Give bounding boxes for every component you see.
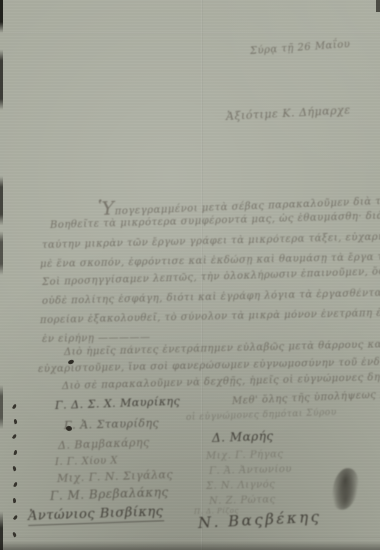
binding-dot <box>13 515 18 521</box>
body-line: ταύτην μικρὰν τῶν ἔργων γράφει τὰ μικρότ… <box>42 231 380 251</box>
signature: Σ. Ν. Λιγνός <box>206 479 276 492</box>
signature: Δ. Βαμβακάρης <box>58 436 150 452</box>
body-line: εὐχαριστοῦμεν, ἵνα σοὶ φανερώσωμεν εὐγνω… <box>38 355 380 375</box>
dateline: Σύρᾳ τῇ 26 Μαΐου <box>250 39 351 57</box>
left-scan-edge <box>0 0 3 550</box>
signature: Ἀντώνιος Βισβίκης <box>28 504 164 526</box>
signature: Γ. Μ. Βρεβαλάκης <box>50 485 169 503</box>
body-line: Διὸ σὲ παρακαλοῦμεν νὰ δεχθῇς, ἡμεῖς οἱ … <box>62 371 380 392</box>
signature: Γ. Ἀ. Σταυρίδης <box>64 417 160 432</box>
binding-dot <box>12 434 17 440</box>
body-line: οὐδὲ πολίτης ἐσφάγη, διότι καὶ ἐγράφη λό… <box>42 288 380 307</box>
body-line: πορείαν ἐξακολουθεῖ, τὸ σύνολον τὰ μικρὰ… <box>40 307 380 326</box>
binding-dot <box>13 419 17 425</box>
signature: Γ. Δ. Σ. Χ. Μαυρίκης <box>55 395 181 412</box>
binding-dot <box>13 482 18 488</box>
binding-dot <box>12 466 17 472</box>
signature: Δ. Μαρής <box>212 429 274 445</box>
body-line: ἐν εἰρήνῃ ————— <box>42 332 151 345</box>
binding-dot <box>12 404 17 410</box>
top-right-scan-edge <box>376 0 380 12</box>
closing-line: Μεθ' ὅλης τῆς ὑπολήψεως πρόθυμοι <box>232 387 380 407</box>
horizontal-fold-crease <box>0 32 380 34</box>
closing-line: οἱ εὐγνώμονες δημόται Σύρου <box>186 408 337 423</box>
salutation: Ἀξιότιμε Κ. Δήμαρχε <box>226 103 351 123</box>
signature: Γ. Ἀ. Ἀντωνίου <box>209 464 292 477</box>
letter-scan-page: Σύρᾳ τῇ 26 Μαΐου Ἀξιότιμε Κ. Δήμαρχε Ὑπο… <box>0 0 380 550</box>
signature: Μιχ. Γ. Ρήγας <box>206 449 284 462</box>
signature: Μιχ. Γ. Ν. Σιγάλας <box>57 468 174 485</box>
bottom-fold-crease <box>0 537 380 539</box>
binding-dot <box>14 450 18 455</box>
ink-smudge-seal <box>331 467 361 512</box>
bottom-scan-shadow <box>0 541 380 550</box>
binding-dot <box>13 498 17 503</box>
signature: Ι. Γ. Χίου Χ <box>55 455 118 468</box>
signature: Ν. Ζ. Ρώτας <box>209 494 276 507</box>
